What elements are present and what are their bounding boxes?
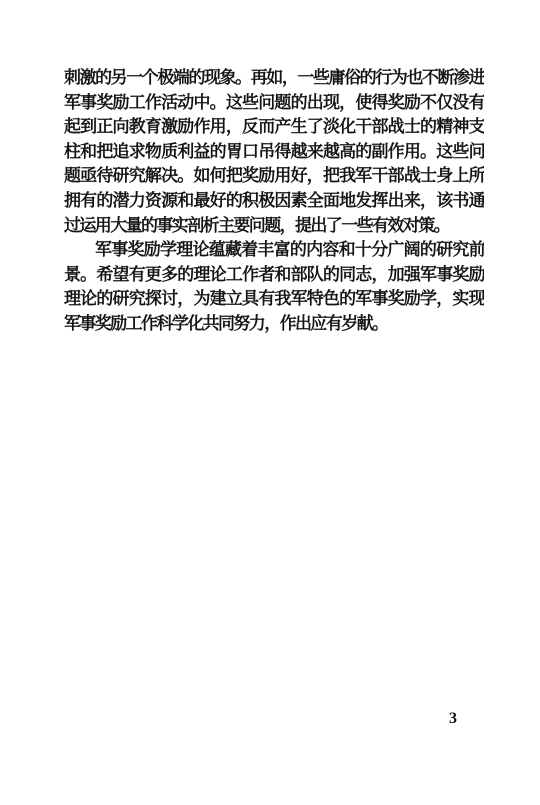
text-line: 景。希望有更多的理论工作者和部队的同志，加强军事奖励 <box>64 263 484 288</box>
text-line: 拥有的潜力资源和最好的积极因素全面地发挥出来，该书通 <box>64 189 484 214</box>
text-line: 过运用大量的事实剖析主要问题，提出了一些有效对策。 <box>64 214 484 239</box>
text-line: 刺激的另一个极端的现象。再如，一些庸俗的行为也不断渗进 <box>64 66 484 91</box>
text-line: 军事奖励工作活动中。这些问题的出现，使得奖励不仅没有 <box>64 91 484 116</box>
scanned-book-page-body: { "document": { "language": "zh", "parag… <box>0 0 540 805</box>
text-line: 题亟待研究解决。如何把奖励用好，把我军干部战士身上所 <box>64 164 484 189</box>
text-block: 刺激的另一个极端的现象。再如，一些庸俗的行为也不断渗进 军事奖励工作活动中。这些… <box>64 66 484 337</box>
book-page: 刺激的另一个极端的现象。再如，一些庸俗的行为也不断渗进 军事奖励工作活动中。这些… <box>0 0 540 805</box>
text-line: 柱和把追求物质利益的胃口吊得越来越高的副作用。这些问 <box>64 140 484 165</box>
page-number: 3 <box>449 709 457 729</box>
paragraph-1: 刺激的另一个极端的现象。再如，一些庸俗的行为也不断渗进 军事奖励工作活动中。这些… <box>64 66 484 238</box>
text-line: 军事奖励工作科学化共同努力，作出应有岁献。 <box>64 312 484 337</box>
text-line: 军事奖励学理论蕴藏着丰富的内容和十分广阔的研究前 <box>64 238 484 263</box>
text-line: 起到正向教育激励作用，反而产生了淡化干部战士的精神支 <box>64 115 484 140</box>
paragraph-2: 军事奖励学理论蕴藏着丰富的内容和十分广阔的研究前 景。希望有更多的理论工作者和部… <box>64 238 484 336</box>
text-line: 理论的研究探讨，为建立具有我军特色的军事奖励学，实现 <box>64 287 484 312</box>
